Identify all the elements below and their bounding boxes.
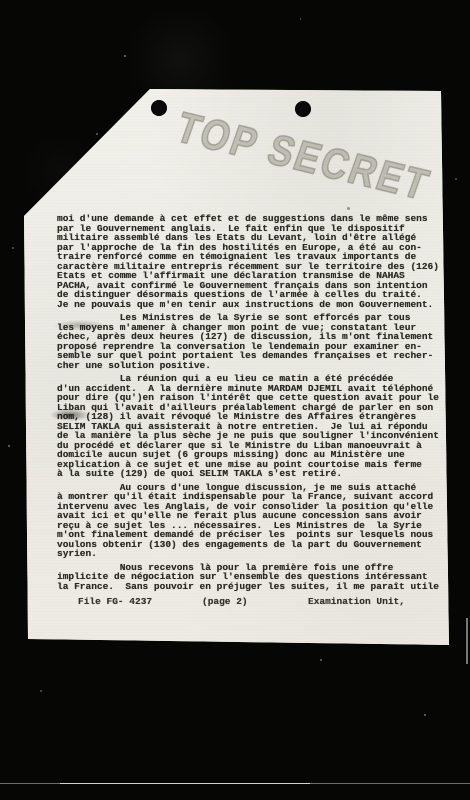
punch-hole-icon [295,101,311,117]
paper-speck [118,238,120,240]
scan-speck [300,18,301,20]
paragraph: Au cours d'une longue discussion, je me … [57,483,449,559]
text-line: syrien. [57,549,449,559]
text-line: cher une solution positive. [57,361,449,371]
scan-speck [455,178,457,180]
scan-speck [96,133,98,135]
scan-scratch-line [60,783,310,784]
document-body: moi d'une demande à cet effet et de sugg… [57,214,449,595]
paragraph: Nous recevons là pour la première fois u… [57,563,449,592]
paragraph: Les Ministres de la Syrie se sont efforc… [57,313,449,370]
paper-speck [347,207,350,210]
paragraph: moi d'une demande à cet effet et de sugg… [57,214,449,309]
scan-speck [320,659,322,661]
text-line: la France. Sans pouvoir en préjuger les … [57,582,449,592]
text-line: voulons obtenir (130) des engagements de… [57,540,449,550]
scan-speck [124,55,126,57]
file-reference: File FG- 4237 [78,597,152,607]
scan-edge-artifact [466,618,468,664]
scanned-document-page: TOP SECRET moi d'une demande à cet effet… [0,0,470,800]
punch-hole-icon [151,100,167,116]
scan-speck [8,445,10,447]
scan-speck [40,690,42,692]
paragraph: La réunion qui a eu lieu ce matin a été … [57,374,449,479]
examination-unit-label: Examination Unit, [308,597,405,607]
scan-speck [12,247,14,249]
text-line: à la suite (129) de quoi SELIM TAKLA s'e… [57,469,449,479]
text-line: Je ne pouvais que m'en tenir aux instruc… [57,300,449,310]
page-number: (page 2) [202,597,248,607]
scan-speck [424,714,426,716]
